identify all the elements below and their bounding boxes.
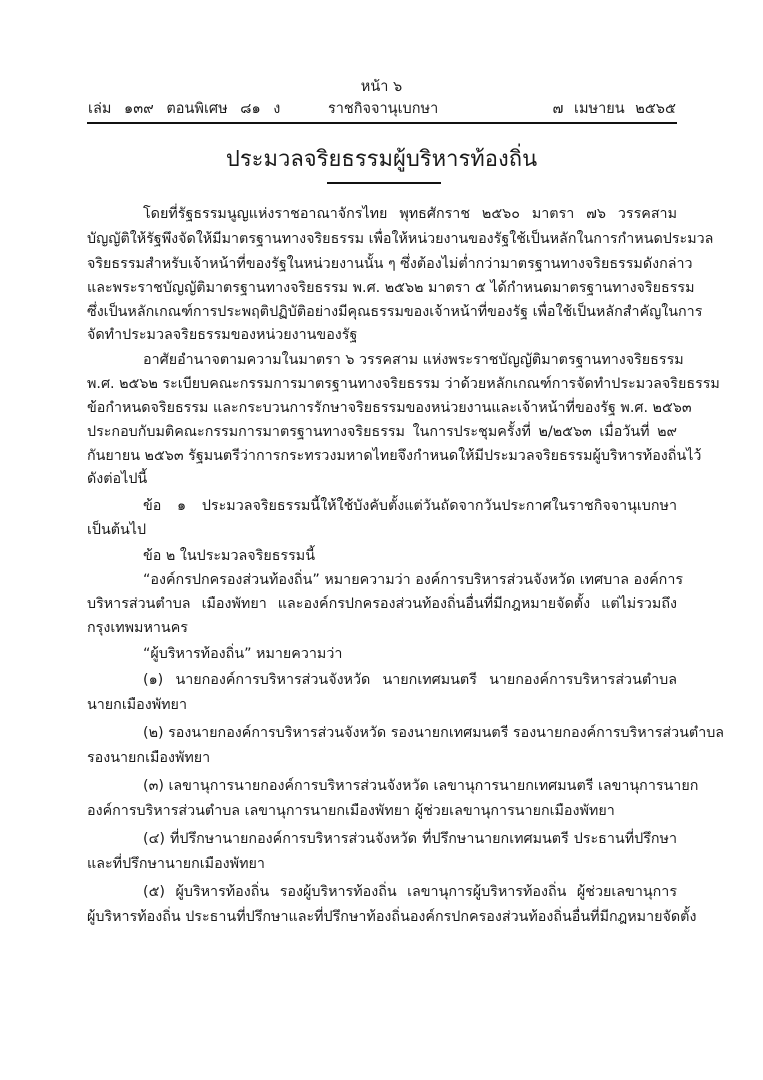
paragraph-line: ผู้บริหารท้องถิ่น ประธานที่ปรึกษาและที่ป…	[87, 908, 677, 926]
paragraph-line: บัญญัติให้รัฐพึงจัดให้มีมาตรฐานทางจริยธร…	[87, 230, 677, 248]
paragraph-line: และพระราชบัญญัติมาตรฐานทางจริยธรรม พ.ศ. …	[87, 279, 677, 297]
paragraph-line: พ.ศ. ๒๕๖๒ ระเบียบคณะกรรมการมาตรฐานทางจริ…	[87, 375, 677, 393]
document-title: ประมวลจริยธรรมผู้บริหารท้องถิ่น	[0, 146, 763, 174]
publication-date: ๗ เมษายน ๒๕๖๕	[553, 100, 676, 118]
paragraph-line: โดยที่รัฐธรรมนูญแห่งราชอาณาจักรไทย พุทธศ…	[143, 205, 677, 223]
item-3: (๓) เลขานุการนายกองค์การบริหารส่วนจังหวั…	[143, 777, 677, 795]
paragraph-line: ข้อกำหนดจริยธรรม และกระบวนการรักษาจริยธร…	[87, 399, 677, 417]
paragraph-line: จัดทำประมวลจริยธรรมของหน่วยงานของรัฐ	[87, 326, 677, 344]
publication-name: ราชกิจจานุเบกษา	[328, 100, 438, 118]
clause-2: ข้อ ๒ ในประมวลจริยธรรมนี้	[143, 547, 677, 565]
paragraph-line: เป็นต้นไป	[87, 521, 677, 539]
title-underline	[327, 182, 441, 184]
definition-local-government: “องค์กรปกครองส่วนท้องถิ่น” หมายความว่า อ…	[143, 571, 677, 589]
paragraph-line: กันยายน ๒๕๖๓ รัฐมนตรีว่าการกระทรวงมหาดไท…	[87, 447, 677, 465]
paragraph-line: รองนายกเมืองพัทยา	[87, 749, 677, 767]
header-divider	[87, 122, 677, 124]
paragraph-line: กรุงเทพมหานคร	[87, 619, 677, 637]
item-1: (๑) นายกองค์การบริหารส่วนจังหวัด นายกเทศ…	[143, 671, 677, 689]
clause-1: ข้อ ๑ ประมวลจริยธรรมนี้ให้ใช้บังคับตั้งแ…	[143, 497, 677, 515]
definition-local-executive: “ผู้บริหารท้องถิ่น” หมายความว่า	[143, 645, 677, 663]
volume-issue: เล่ม ๑๓๙ ตอนพิเศษ ๘๑ ง	[88, 100, 280, 118]
item-2: (๒) รองนายกองค์การบริหารส่วนจังหวัด รองน…	[143, 724, 677, 742]
paragraph-line: ซึ่งเป็นหลักเกณฑ์การประพฤติปฏิบัติอย่างม…	[87, 303, 677, 321]
paragraph-line: อาศัยอำนาจตามความในมาตรา ๖ วรรคสาม แห่งพ…	[143, 351, 677, 369]
paragraph-line: บริหารส่วนตำบล เมืองพัทยา และองค์กรปกครอ…	[87, 595, 677, 613]
paragraph-line: นายกเมืองพัทยา	[87, 696, 677, 714]
item-4: (๔) ที่ปรึกษานายกองค์การบริหารส่วนจังหวั…	[143, 830, 677, 848]
item-5: (๕) ผู้บริหารท้องถิ่น รองผู้บริหารท้องถิ…	[143, 883, 677, 901]
paragraph-line: จริยธรรมสำหรับเจ้าหน้าที่ของรัฐในหน่วยงา…	[87, 255, 677, 273]
paragraph-line: ดังต่อไปนี้	[87, 470, 677, 488]
page-number: หน้า ๖	[0, 78, 763, 96]
paragraph-line: องค์การบริหารส่วนตำบล เลขานุการนายกเมือง…	[87, 802, 677, 820]
paragraph-line: และที่ปรึกษานายกเมืองพัทยา	[87, 855, 677, 873]
paragraph-line: ประกอบกับมติคณะกรรมการมาตรฐานทางจริยธรรม…	[87, 423, 677, 441]
